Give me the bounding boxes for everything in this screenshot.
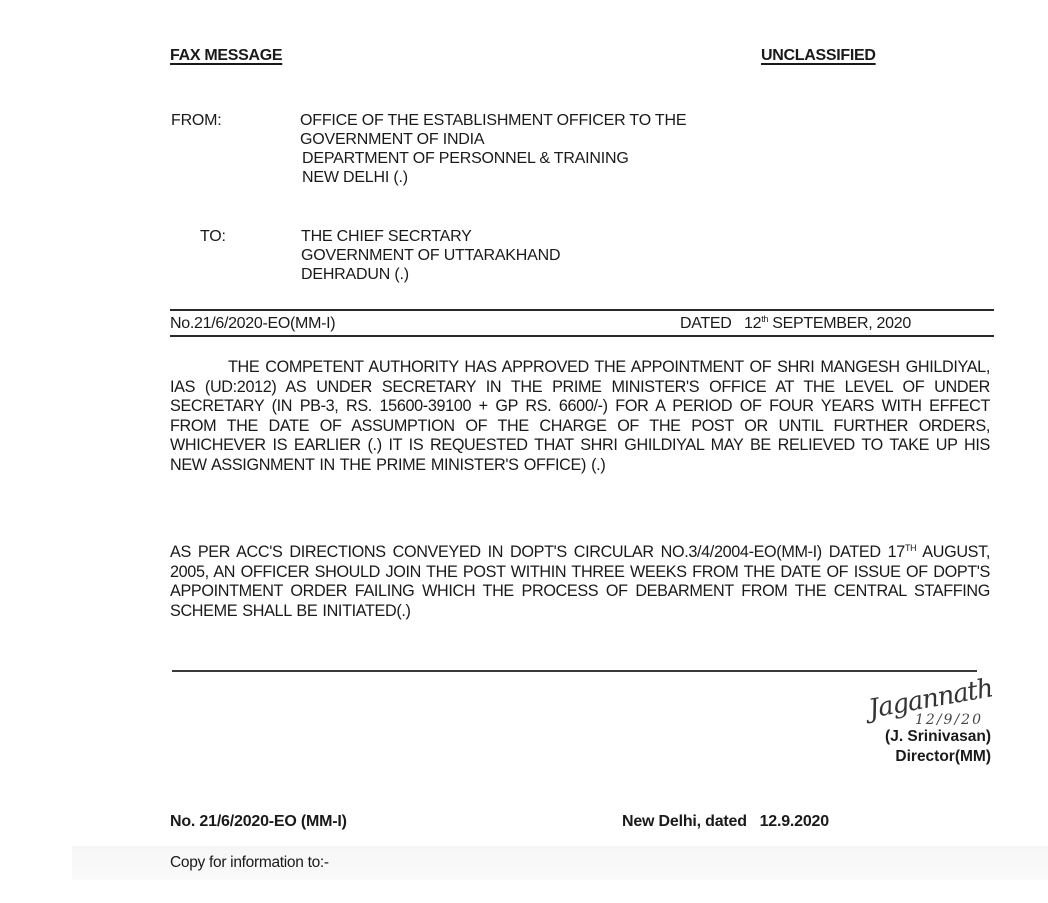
signature-rule <box>172 670 977 672</box>
body-paragraph-1: THE COMPETENT AUTHORITY HAS APPROVED THE… <box>170 358 990 475</box>
signatory-designation: Director(MM) <box>885 747 991 767</box>
to-address: THE CHIEF SECRTARY GOVERNMENT OF UTTARAK… <box>301 227 560 284</box>
signatory-block: (J. Srinivasan) Director(MM) <box>885 727 991 767</box>
bottom-rule <box>170 335 994 337</box>
from-label: FROM: <box>171 111 222 130</box>
copy-for-information-label: Copy for information to:- <box>170 854 329 872</box>
to-label: TO: <box>200 227 226 246</box>
top-rule <box>170 309 994 311</box>
footer-place-date: New Delhi, dated 12.9.2020 <box>622 813 829 831</box>
reference-date: DATED 12th SEPTEMBER, 2020 <box>680 315 911 333</box>
paragraph-2-text: AS PER ACC'S DIRECTIONS CONVEYED IN DOPT… <box>170 543 905 561</box>
from-line: OFFICE OF THE ESTABLISHMENT OFFICER TO T… <box>300 111 686 130</box>
date-day: 12 <box>744 315 761 332</box>
body-paragraph-2: AS PER ACC'S DIRECTIONS CONVEYED IN DOPT… <box>170 543 990 621</box>
from-line: NEW DELHI (.) <box>300 168 686 187</box>
from-line: DEPARTMENT OF PERSONNEL & TRAINING <box>300 149 686 168</box>
reference-number: No.21/6/2020-EO(MM-I) <box>170 315 335 333</box>
to-line: THE CHIEF SECRTARY <box>301 227 560 246</box>
date-suffix: th <box>761 314 768 324</box>
to-line: GOVERNMENT OF UTTARAKHAND <box>301 246 560 265</box>
handwritten-date: 12/9/20 <box>915 712 983 728</box>
paragraph-2-superscript: TH <box>905 543 916 553</box>
footer-date: 12.9.2020 <box>760 813 829 830</box>
footer-place-dated: New Delhi, dated <box>622 813 747 830</box>
footer-reference-number: No. 21/6/2020-EO (MM-I) <box>170 813 347 831</box>
dated-label: DATED <box>680 315 732 332</box>
date-rest: SEPTEMBER, 2020 <box>772 315 911 332</box>
from-address: OFFICE OF THE ESTABLISHMENT OFFICER TO T… <box>300 111 686 187</box>
fax-message-heading: FAX MESSAGE <box>170 47 282 65</box>
classification-heading: UNCLASSIFIED <box>761 47 876 65</box>
to-line: DEHRADUN (.) <box>301 265 560 284</box>
signatory-name: (J. Srinivasan) <box>885 727 991 747</box>
from-line: GOVERNMENT OF INDIA <box>300 130 686 149</box>
